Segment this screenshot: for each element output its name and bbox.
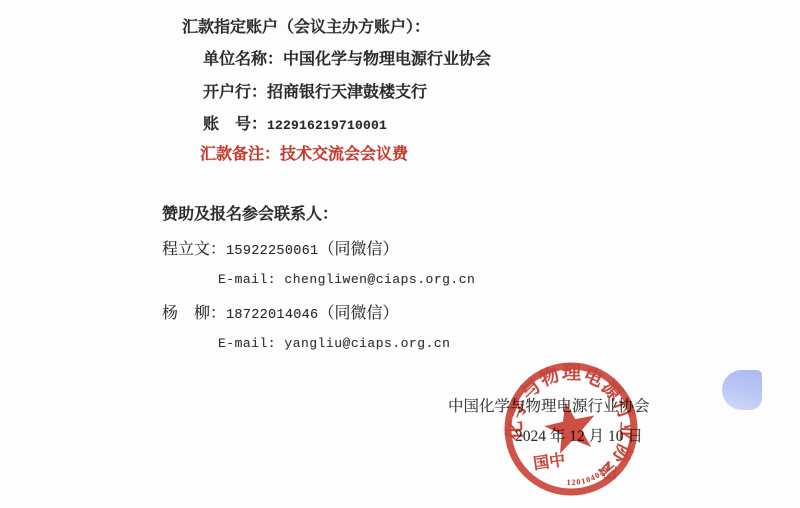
contact-row: 程立文：15922250061（同微信） <box>162 241 398 260</box>
star-icon <box>540 397 600 455</box>
remark-label: 汇款备注： <box>200 146 280 163</box>
floating-widget-button[interactable] <box>722 370 762 410</box>
remark-line: 汇款备注：技术交流会会议费 <box>200 146 408 164</box>
contact-name: 杨 柳： <box>162 305 226 322</box>
contact-phone-suffix: （同微信） <box>318 241 398 258</box>
document-page: 汇款指定账户（会议主办方账户）： 单位名称：中国化学与物理电源行业协会 开户行：… <box>0 0 800 508</box>
contact-email: E-mail: chengliwen@ciaps.org.cn <box>218 273 475 287</box>
account-number-value: 122916219710001 <box>267 118 387 133</box>
official-seal-stamp: 化学与物理电源行业协会 国中 1201040402 <box>496 354 646 504</box>
bank-line: 开户行：招商银行天津鼓楼支行 <box>203 84 427 102</box>
remittance-account-heading: 汇款指定账户（会议主办方账户）： <box>182 19 430 37</box>
contact-row: 杨 柳：18722014046（同微信） <box>162 305 398 324</box>
contact-phone: 15922250061 <box>226 244 318 259</box>
contact-phone: 18722014046 <box>226 308 318 323</box>
contacts-heading: 赞助及报名参会联系人： <box>162 206 338 224</box>
unit-name-line: 单位名称：中国化学与物理电源行业协会 <box>203 51 491 69</box>
contact-email: E-mail: yangliu@ciaps.org.cn <box>218 337 450 351</box>
contact-phone-suffix: （同微信） <box>318 305 398 322</box>
account-number-line: 账 号：122916219710001 <box>203 116 387 134</box>
seal-bottom-text: 国中 <box>532 450 566 473</box>
contact-name: 程立文： <box>162 241 226 258</box>
remark-value: 技术交流会会议费 <box>280 146 408 163</box>
account-number-label: 账 号： <box>203 116 267 133</box>
